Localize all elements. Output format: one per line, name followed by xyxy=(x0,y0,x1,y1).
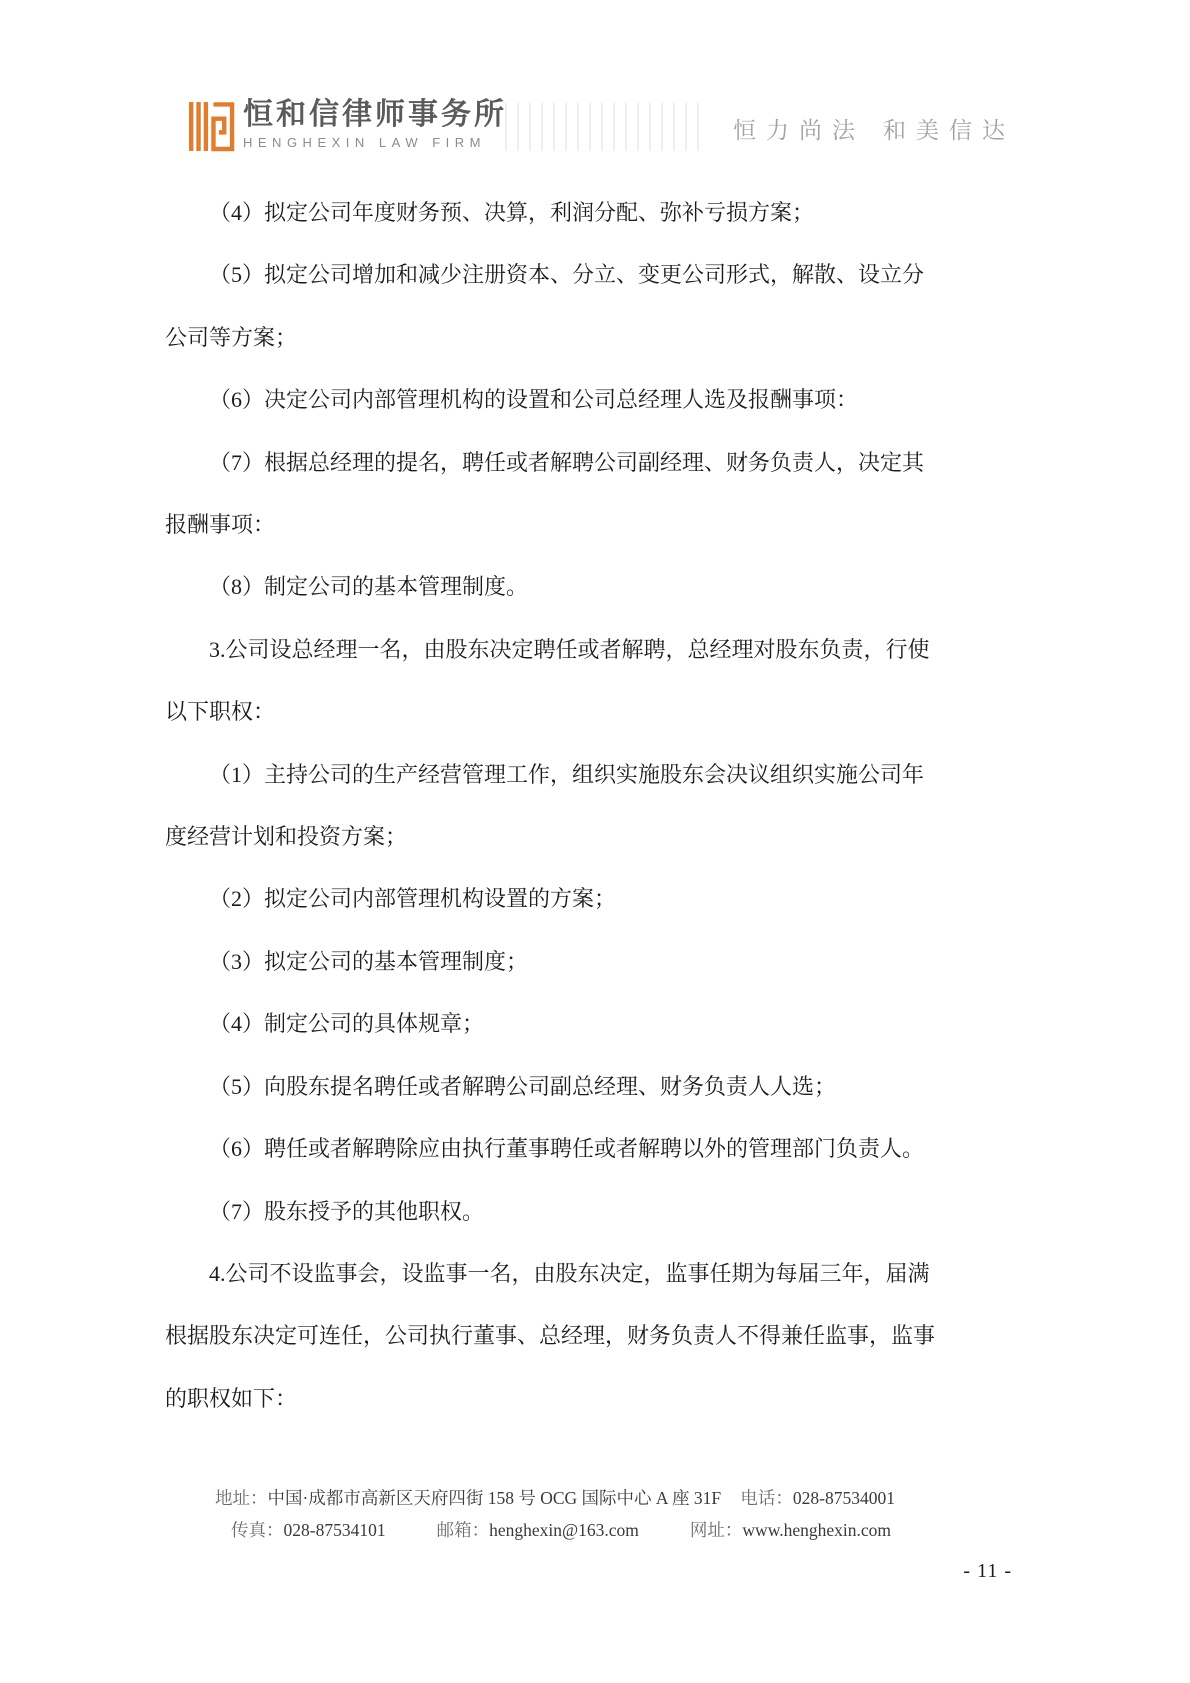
fax-value: 028-87534101 xyxy=(284,1520,386,1540)
paragraph: （5）向股东提名聘任或者解聘公司副总经理、财务负责人人选； xyxy=(165,1056,1040,1118)
paragraph: （8）制定公司的基本管理制度。 xyxy=(165,556,1040,618)
phone-label: 电话： xyxy=(740,1488,793,1508)
paragraph: （7）根据总经理的提名，聘任或者解聘公司副经理、财务负责人，决定其 报酬事项： xyxy=(165,432,1040,557)
email-label: 邮箱： xyxy=(437,1520,490,1540)
firm-logo-icon xyxy=(189,100,235,153)
address-value: 中国·成都市高新区天府四街 158 号 OCG 国际中心 A 座 31F xyxy=(268,1488,722,1508)
page-footer: 地址：中国·成都市高新区天府四街 158 号 OCG 国际中心 A 座 31F … xyxy=(215,1482,895,1546)
page-header: 恒和信律师事务所 HENGHEXIN LAW FIRM 恒力尚法和美信达 xyxy=(0,0,1190,175)
paragraph: （2）拟定公司内部管理机构设置的方案； xyxy=(165,868,1040,930)
firm-slogan: 恒力尚法和美信达 xyxy=(733,112,1015,145)
address-item: 地址：中国·成都市高新区天府四街 158 号 OCG 国际中心 A 座 31F xyxy=(215,1482,721,1514)
decorative-stripes xyxy=(505,103,705,151)
paragraph: （7）股东授予的其他职权。 xyxy=(165,1181,1040,1243)
paragraph: （1）主持公司的生产经营管理工作，组织实施股东会决议组织实施公司年 度经营计划和… xyxy=(165,744,1040,869)
fax-item: 传真：028-87534101 xyxy=(231,1514,386,1546)
page-number: - 11 - xyxy=(963,1560,1012,1583)
fax-label: 传真： xyxy=(231,1520,284,1540)
phone-item: 电话：028-87534001 xyxy=(740,1482,895,1514)
document-body: （4）拟定公司年度财务预、决算，利润分配、弥补亏损方案； （5）拟定公司增加和减… xyxy=(165,182,1040,1430)
email-item: 邮箱：henghexin@163.com xyxy=(437,1514,639,1546)
email-value: henghexin@163.com xyxy=(489,1520,639,1540)
paragraph: （4）制定公司的具体规章； xyxy=(165,993,1040,1055)
footer-row-2: 传真：028-87534101 邮箱：henghexin@163.com 网址：… xyxy=(215,1514,895,1546)
slogan-left: 恒力尚法 xyxy=(733,117,865,143)
address-label: 地址： xyxy=(215,1488,268,1508)
paragraph: 3.公司设总经理一名，由股东决定聘任或者解聘，总经理对股东负责，行使 以下职权： xyxy=(165,619,1040,744)
paragraph: （6）决定公司内部管理机构的设置和公司总经理人选及报酬事项： xyxy=(165,369,1040,431)
paragraph: 4.公司不设监事会，设监事一名，由股东决定，监事任期为每届三年，届满 根据股东决… xyxy=(165,1243,1040,1430)
firm-name-block: 恒和信律师事务所 HENGHEXIN LAW FIRM xyxy=(243,99,507,150)
slogan-right: 和美信达 xyxy=(883,117,1015,143)
paragraph: （3）拟定公司的基本管理制度； xyxy=(165,931,1040,993)
footer-row-1: 地址：中国·成都市高新区天府四街 158 号 OCG 国际中心 A 座 31F … xyxy=(215,1482,895,1514)
website-label: 网址： xyxy=(690,1520,743,1540)
website-value: www.henghexin.com xyxy=(742,1520,891,1540)
website-item: 网址：www.henghexin.com xyxy=(690,1514,891,1546)
paragraph: （5）拟定公司增加和减少注册资本、分立、变更公司形式，解散、设立分 公司等方案； xyxy=(165,244,1040,369)
paragraph: （4）拟定公司年度财务预、决算，利润分配、弥补亏损方案； xyxy=(165,182,1040,244)
paragraph: （6）聘任或者解聘除应由执行董事聘任或者解聘以外的管理部门负责人。 xyxy=(165,1118,1040,1180)
phone-value: 028-87534001 xyxy=(793,1488,895,1508)
firm-name-chinese: 恒和信律师事务所 xyxy=(243,99,507,131)
document-page: 恒和信律师事务所 HENGHEXIN LAW FIRM 恒力尚法和美信达 （4）… xyxy=(0,0,1190,1683)
firm-name-english: HENGHEXIN LAW FIRM xyxy=(243,135,507,150)
